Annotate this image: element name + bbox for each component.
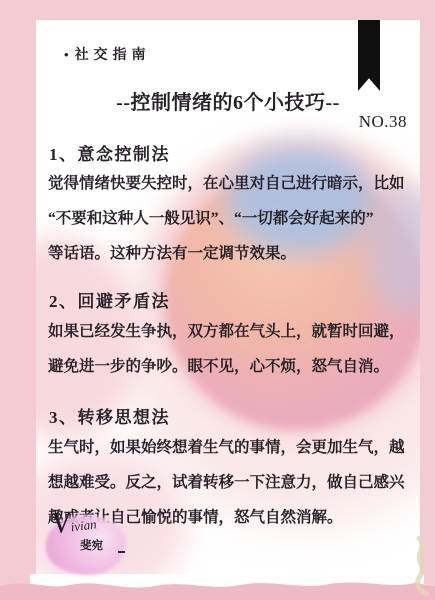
tag-line: •社交指南 — [64, 44, 151, 64]
body-line: 觉得情绪快要失控时，在心里对自己进行暗示，比如 — [48, 166, 412, 201]
body-line: 如果已经发生争执，双方都在气头上，就暂时回避， — [48, 314, 412, 349]
section-1-body: 觉得情绪快要失控时，在心里对自己进行暗示，比如 “不要和这种人一般见识”、“一切… — [48, 166, 412, 271]
body-line: 想越难受。反之，试着转移一下注意力，做自己感兴 — [48, 465, 412, 500]
issue-number: NO.38 — [359, 112, 407, 132]
body-line: 避免进一步的争吵。眼不见，心不烦，怒气自消。 — [48, 349, 412, 384]
card: •社交指南 --控制情绪的6个小技巧-- NO.38 1、意念控制法 觉得情绪快… — [36, 20, 420, 581]
signature: Vivian 斐宛 — [36, 503, 166, 581]
section-1-heading: 1、意念控制法 — [49, 140, 170, 165]
body-line: 等话语。这种方法有一定调节效果。 — [48, 236, 412, 271]
bullet-icon: • — [64, 47, 69, 62]
signature-cn-name: 斐宛 — [80, 537, 103, 553]
tag-label: 社交指南 — [75, 48, 151, 63]
section-2-heading: 2、回避矛盾法 — [49, 287, 170, 312]
section-3-heading: 3、转移思想法 — [49, 403, 170, 428]
body-line: “不要和这种人一般见识”、“一切都会好起来的” — [48, 201, 412, 236]
poster-page: •社交指南 --控制情绪的6个小技巧-- NO.38 1、意念控制法 觉得情绪快… — [0, 0, 435, 600]
brush-stroke-decoration — [405, 536, 433, 596]
signature-dash — [118, 551, 125, 553]
bookmark-ribbon-icon — [358, 20, 380, 91]
page-title: --控制情绪的6个小技巧-- — [36, 86, 420, 115]
section-2-body: 如果已经发生争执，双方都在气头上，就暂时回避， 避免进一步的争吵。眼不见，心不烦… — [48, 314, 412, 384]
body-line: 生气时，如果始终想着生气的事情，会更加生气，越 — [48, 430, 412, 465]
